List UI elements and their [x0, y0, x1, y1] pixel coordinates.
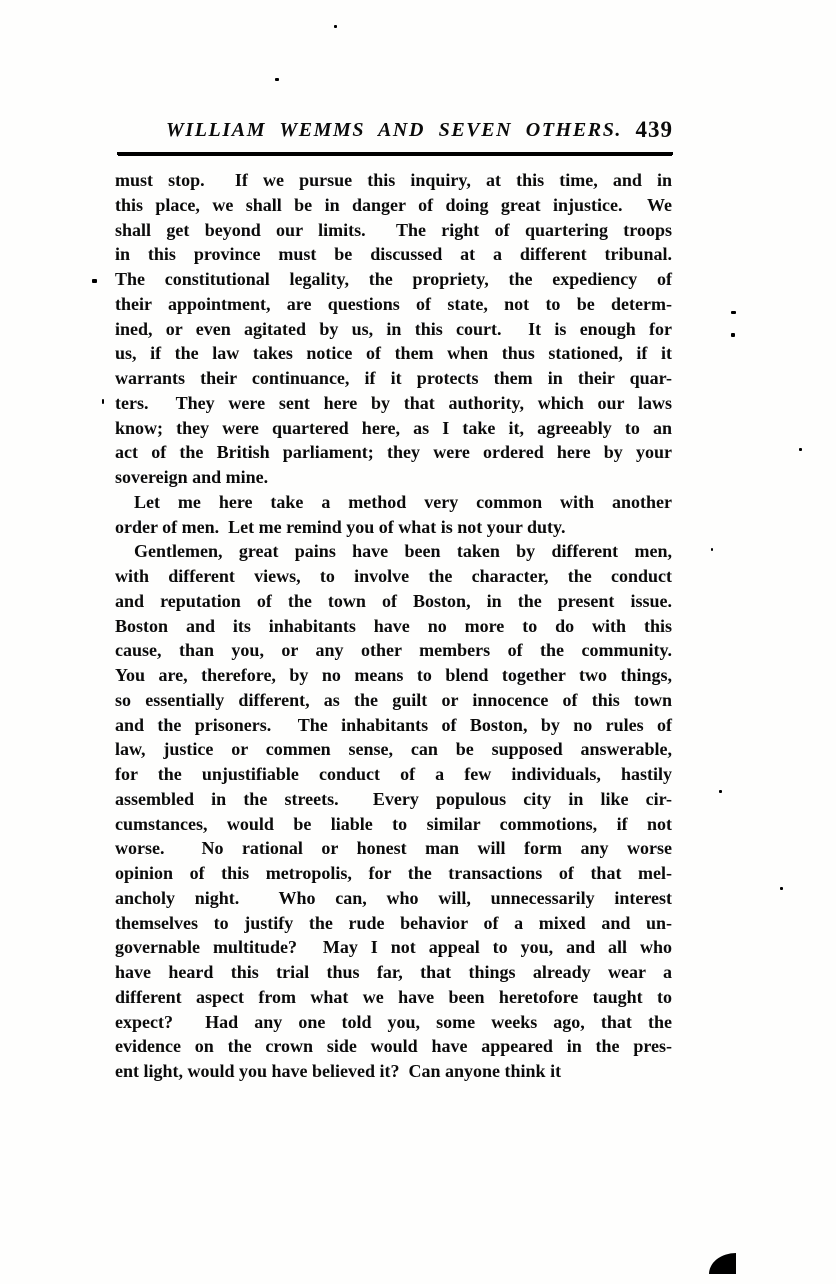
text-line: with different views, to involve the cha…	[115, 564, 672, 589]
text-line: expect? Had any one told you, some weeks…	[115, 1010, 672, 1035]
text-line: have heard this trial thus far, that thi…	[115, 960, 672, 985]
text-line: warrants their continuance, if it protec…	[115, 366, 672, 391]
text-line: and reputation of the town of Boston, in…	[115, 589, 672, 614]
text-line: opinion of this metropolis, for the tran…	[115, 861, 672, 886]
ink-speck	[719, 790, 722, 793]
text-line: governable multitude? May I not appeal t…	[115, 935, 672, 960]
page-header: WILLIAM WEMMS AND SEVEN OTHERS. 439	[115, 119, 673, 149]
paragraph: Gentlemen, great pains have been taken b…	[115, 539, 672, 1084]
page-corner-mark	[709, 1253, 736, 1274]
text-line: ancholy night. Who can, who will, unnece…	[115, 886, 672, 911]
text-line: act of the British parliament; they were…	[115, 440, 672, 465]
text-line: shall get beyond our limits. The right o…	[115, 218, 672, 243]
text-line: this place, we shall be in danger of doi…	[115, 193, 672, 218]
text-line: ters. They were sent here by that author…	[115, 391, 672, 416]
text-line: must stop. If we pursue this inquiry, at…	[115, 168, 672, 193]
paragraph: Let me here take a method very common wi…	[115, 490, 672, 540]
text-line: ined, or even agitated by us, in this co…	[115, 317, 672, 342]
text-line: their appointment, are questions of stat…	[115, 292, 672, 317]
ink-speck	[92, 279, 97, 283]
header-rule	[117, 152, 673, 155]
text-line: Boston and its inhabitants have no more …	[115, 614, 672, 639]
text-line: in this province must be discussed at a …	[115, 242, 672, 267]
body-text: must stop. If we pursue this inquiry, at…	[115, 168, 672, 1084]
page-number: 439	[636, 117, 674, 143]
text-line: know; they were quartered here, as I tak…	[115, 416, 672, 441]
text-line: so essentially different, as the guilt o…	[115, 688, 672, 713]
text-line: order of men. Let me remind you of what …	[115, 515, 672, 540]
text-line: cause, than you, or any other members of…	[115, 638, 672, 663]
scanned-book-page: WILLIAM WEMMS AND SEVEN OTHERS. 439 must…	[0, 0, 836, 1284]
ink-speck	[799, 448, 802, 451]
text-line: cumstances, would be liable to similar c…	[115, 812, 672, 837]
text-line: assembled in the streets. Every populous…	[115, 787, 672, 812]
ink-speck	[102, 399, 104, 404]
text-line: themselves to justify the rude behavior …	[115, 911, 672, 936]
text-line: Let me here take a method very common wi…	[115, 490, 672, 515]
text-line: worse. No rational or honest man will fo…	[115, 836, 672, 861]
ink-speck	[275, 78, 279, 81]
ink-speck	[731, 333, 735, 337]
text-line: Gentlemen, great pains have been taken b…	[115, 539, 672, 564]
text-line: for the unjustifiable conduct of a few i…	[115, 762, 672, 787]
running-header-title: WILLIAM WEMMS AND SEVEN OTHERS.	[115, 119, 673, 142]
text-line: us, if the law takes notice of them when…	[115, 341, 672, 366]
text-line: The constitutional legality, the proprie…	[115, 267, 672, 292]
ink-speck	[731, 311, 736, 314]
text-line: ent light, would you have believed it? C…	[115, 1059, 672, 1084]
ink-speck	[711, 548, 713, 551]
ink-speck	[334, 25, 337, 28]
text-line: evidence on the crown side would have ap…	[115, 1034, 672, 1059]
paragraph: must stop. If we pursue this inquiry, at…	[115, 168, 672, 490]
text-line: different aspect from what we have been …	[115, 985, 672, 1010]
text-line: and the prisoners. The inhabitants of Bo…	[115, 713, 672, 738]
text-line: You are, therefore, by no means to blend…	[115, 663, 672, 688]
text-line: law, justice or commen sense, can be sup…	[115, 737, 672, 762]
text-line: sovereign and mine.	[115, 465, 672, 490]
ink-speck	[780, 887, 783, 890]
